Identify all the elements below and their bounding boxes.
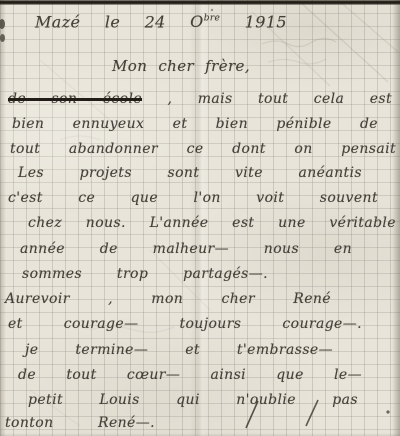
date-month: Obre: [190, 12, 220, 31]
scanned-letter-page: Mazé le 24 Obre 1915 Mon cher frère, de …: [0, 0, 400, 436]
salutation: Mon cher frère,: [112, 57, 250, 76]
handwritten-line: chez nous. L'année est une véritable: [28, 214, 396, 233]
handwritten-line: petit Louis qui n'oublie pas: [28, 391, 358, 410]
place-name: Mazé: [35, 12, 80, 31]
handwritten-line: sommes trop partagés—.: [22, 265, 268, 284]
handwritten-line: de son école , mais tout cela est: [8, 90, 392, 109]
handwritten-line: Les projets sont vite anéantis: [18, 164, 362, 183]
handwritten-line: c'est ce que l'on voit souvent: [8, 189, 378, 208]
letter-dateline: Mazé le 24 Obre 1915: [35, 10, 287, 31]
date-year: 1915: [245, 12, 287, 31]
handwritten-line: je termine— et t'embrasse—: [25, 341, 333, 360]
handwritten-line: et courage— toujours courage—.: [8, 315, 362, 334]
handwritten-line: de tout cœur— ainsi que le—: [18, 366, 362, 385]
handwritten-line: tonton René—.: [5, 414, 155, 433]
struck-out-text: de son école: [8, 91, 142, 107]
dateline-le: le: [105, 12, 120, 31]
handwritten-line: Aurevoir , mon cher René: [5, 290, 331, 309]
handwritten-line: tout abandonner ce dont on pensait: [10, 140, 396, 159]
date-day: 24: [145, 12, 166, 31]
handwritten-line: bien ennuyeux et bien pénible de: [12, 115, 378, 134]
scan-seam-line: [0, 0, 400, 5]
handwritten-line: année de malheur— nous en: [20, 240, 352, 259]
